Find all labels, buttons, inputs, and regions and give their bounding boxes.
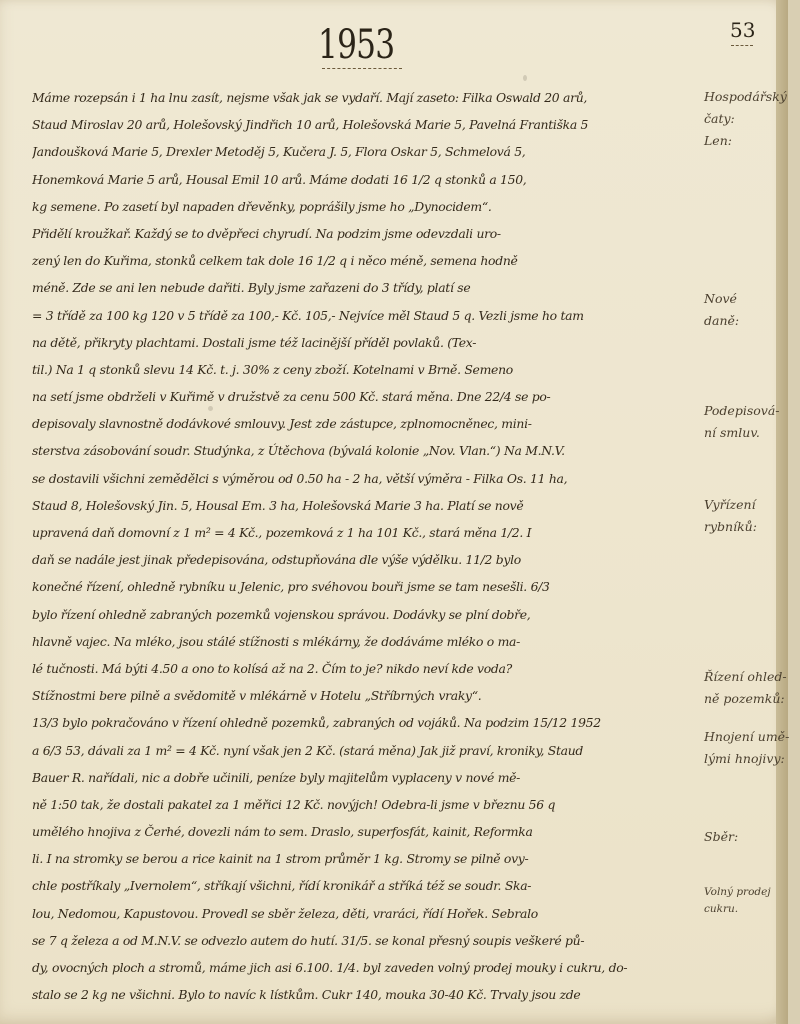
text-line: Stížnostmi bere pilně a svědomitě v mlék… <box>32 682 687 709</box>
text-line: 13/3 bylo pokračováno v řízení ohledně p… <box>32 709 687 736</box>
ink-spot <box>523 75 527 81</box>
text-line: dy, ovocných ploch a stromů, máme jich a… <box>32 954 687 981</box>
text-line: hlavně vajec. Na mléko, jsou stálé stížn… <box>32 628 687 655</box>
margin-note-new-taxes: Nové daně: <box>704 288 794 332</box>
page-number-underline <box>731 45 753 46</box>
text-line: li. I na stromky se berou a rice kainit … <box>32 845 687 872</box>
text-line: Staud Miroslav 20 arů, Holešovský Jindři… <box>32 111 687 138</box>
chronicle-body-text: Máme rozepsán i 1 ha lnu zasít, nejsme v… <box>32 84 687 1008</box>
margin-note-line: cukru. <box>704 901 794 918</box>
text-line: ně 1:50 tak, že dostali pakatel za 1 měř… <box>32 791 687 818</box>
text-line: Jandoušková Marie 5, Drexler Metoděj 5, … <box>32 138 687 165</box>
text-line: zený len do Kuřima, stonků celkem tak do… <box>32 247 687 274</box>
text-line: umělého hnojiva z Čerhé, dovezli nám to … <box>32 818 687 845</box>
margin-note-line: Řízení ohled- <box>704 666 794 688</box>
text-line: Staud 8, Holešovský Jin. 5, Housal Em. 3… <box>32 492 687 519</box>
text-line: na dětě, přikryty plachtami. Dostali jsm… <box>32 329 687 356</box>
margin-note-line: Vyřízení <box>704 494 794 516</box>
year-underline <box>322 68 402 69</box>
margin-note-line: Hospodářský <box>704 86 794 108</box>
margin-note-ponds: Vyřízení rybníků: <box>704 494 794 538</box>
text-line: Honemková Marie 5 arů, Housal Emil 10 ar… <box>32 166 687 193</box>
text-line: méně. Zde se ani len nebude dařiti. Byly… <box>32 274 687 301</box>
margin-note-line: ně pozemků: <box>704 688 794 710</box>
margin-note-line: Len: <box>704 130 794 152</box>
margin-note-agriculture: Hospodářský čaty: Len: <box>704 86 794 152</box>
text-line: chle postříkaly „Ivernolem“, stříkají vš… <box>32 872 687 899</box>
margin-note-line: daně: <box>704 310 794 332</box>
text-line: kg semene. Po zasetí byl napaden dřevěnk… <box>32 193 687 220</box>
margin-note-line: Volný prodej <box>704 884 794 901</box>
chronicle-page: 1953 53 Máme rozepsán i 1 ha lnu zasít, … <box>0 0 788 1024</box>
text-line: a 6/3 53, dávali za 1 m² = 4 Kč. nyní vš… <box>32 737 687 764</box>
margin-note-fertilizing: Hnojení umě- lými hnojivy: <box>704 726 794 770</box>
margin-note-line: Podepisová- <box>704 400 794 422</box>
margin-note-line: lými hnojivy: <box>704 748 794 770</box>
margin-note-collection: Sběr: <box>704 826 794 848</box>
text-line: se dostavili všichni zemědělci s výměrou… <box>32 465 687 492</box>
year-heading: 1953 <box>318 22 394 68</box>
text-line: bylo řízení ohledně zabraných pozemků vo… <box>32 601 687 628</box>
page-number: 53 <box>730 18 755 42</box>
margin-note-line: ní smluv. <box>704 422 794 444</box>
text-line: konečné řízení, ohledně rybníku u Jeleni… <box>32 573 687 600</box>
text-line: lou, Nedomou, Kapustovou. Provedl se sbě… <box>32 900 687 927</box>
margin-note-line: rybníků: <box>704 516 794 538</box>
text-line: upravená daň domovní z 1 m² = 4 Kč., poz… <box>32 519 687 546</box>
text-line: Máme rozepsán i 1 ha lnu zasít, nejsme v… <box>32 84 687 111</box>
text-line: = 3 třídě za 100 kg 120 v 5 třídě za 100… <box>32 302 687 329</box>
margin-note-line: čaty: <box>704 108 794 130</box>
margin-note-free-sale: Volný prodej cukru. <box>704 884 794 918</box>
margin-note-line: Sběr: <box>704 826 794 848</box>
text-line: na setí jsme obdrželi v Kuřimě v družstv… <box>32 383 687 410</box>
text-line: lé tučnosti. Má býti 4.50 a ono to kolís… <box>32 655 687 682</box>
text-line: Bauer R. nařídali, nic a dobře učinili, … <box>32 764 687 791</box>
text-line: daň se nadále jest jinak předepisována, … <box>32 546 687 573</box>
text-line: stalo se 2 kg ne všichni. Bylo to navíc … <box>32 981 687 1008</box>
margin-note-line: Hnojení umě- <box>704 726 794 748</box>
margin-note-line: Nové <box>704 288 794 310</box>
text-line: sterstva zásobování soudr. Studýnka, z Ú… <box>32 437 687 464</box>
margin-note-land-proceedings: Řízení ohled- ně pozemků: <box>704 666 794 710</box>
text-line: depisovaly slavnostně dodávkové smlouvy.… <box>32 410 687 437</box>
margin-note-contract-signing: Podepisová- ní smluv. <box>704 400 794 444</box>
text-line: Přidělí kroužkař. Každý se to dvěpřeci c… <box>32 220 687 247</box>
text-line: se 7 q železa a od M.N.V. se odvezlo aut… <box>32 927 687 954</box>
text-line: til.) Na 1 q stonků slevu 14 Kč. t. j. 3… <box>32 356 687 383</box>
